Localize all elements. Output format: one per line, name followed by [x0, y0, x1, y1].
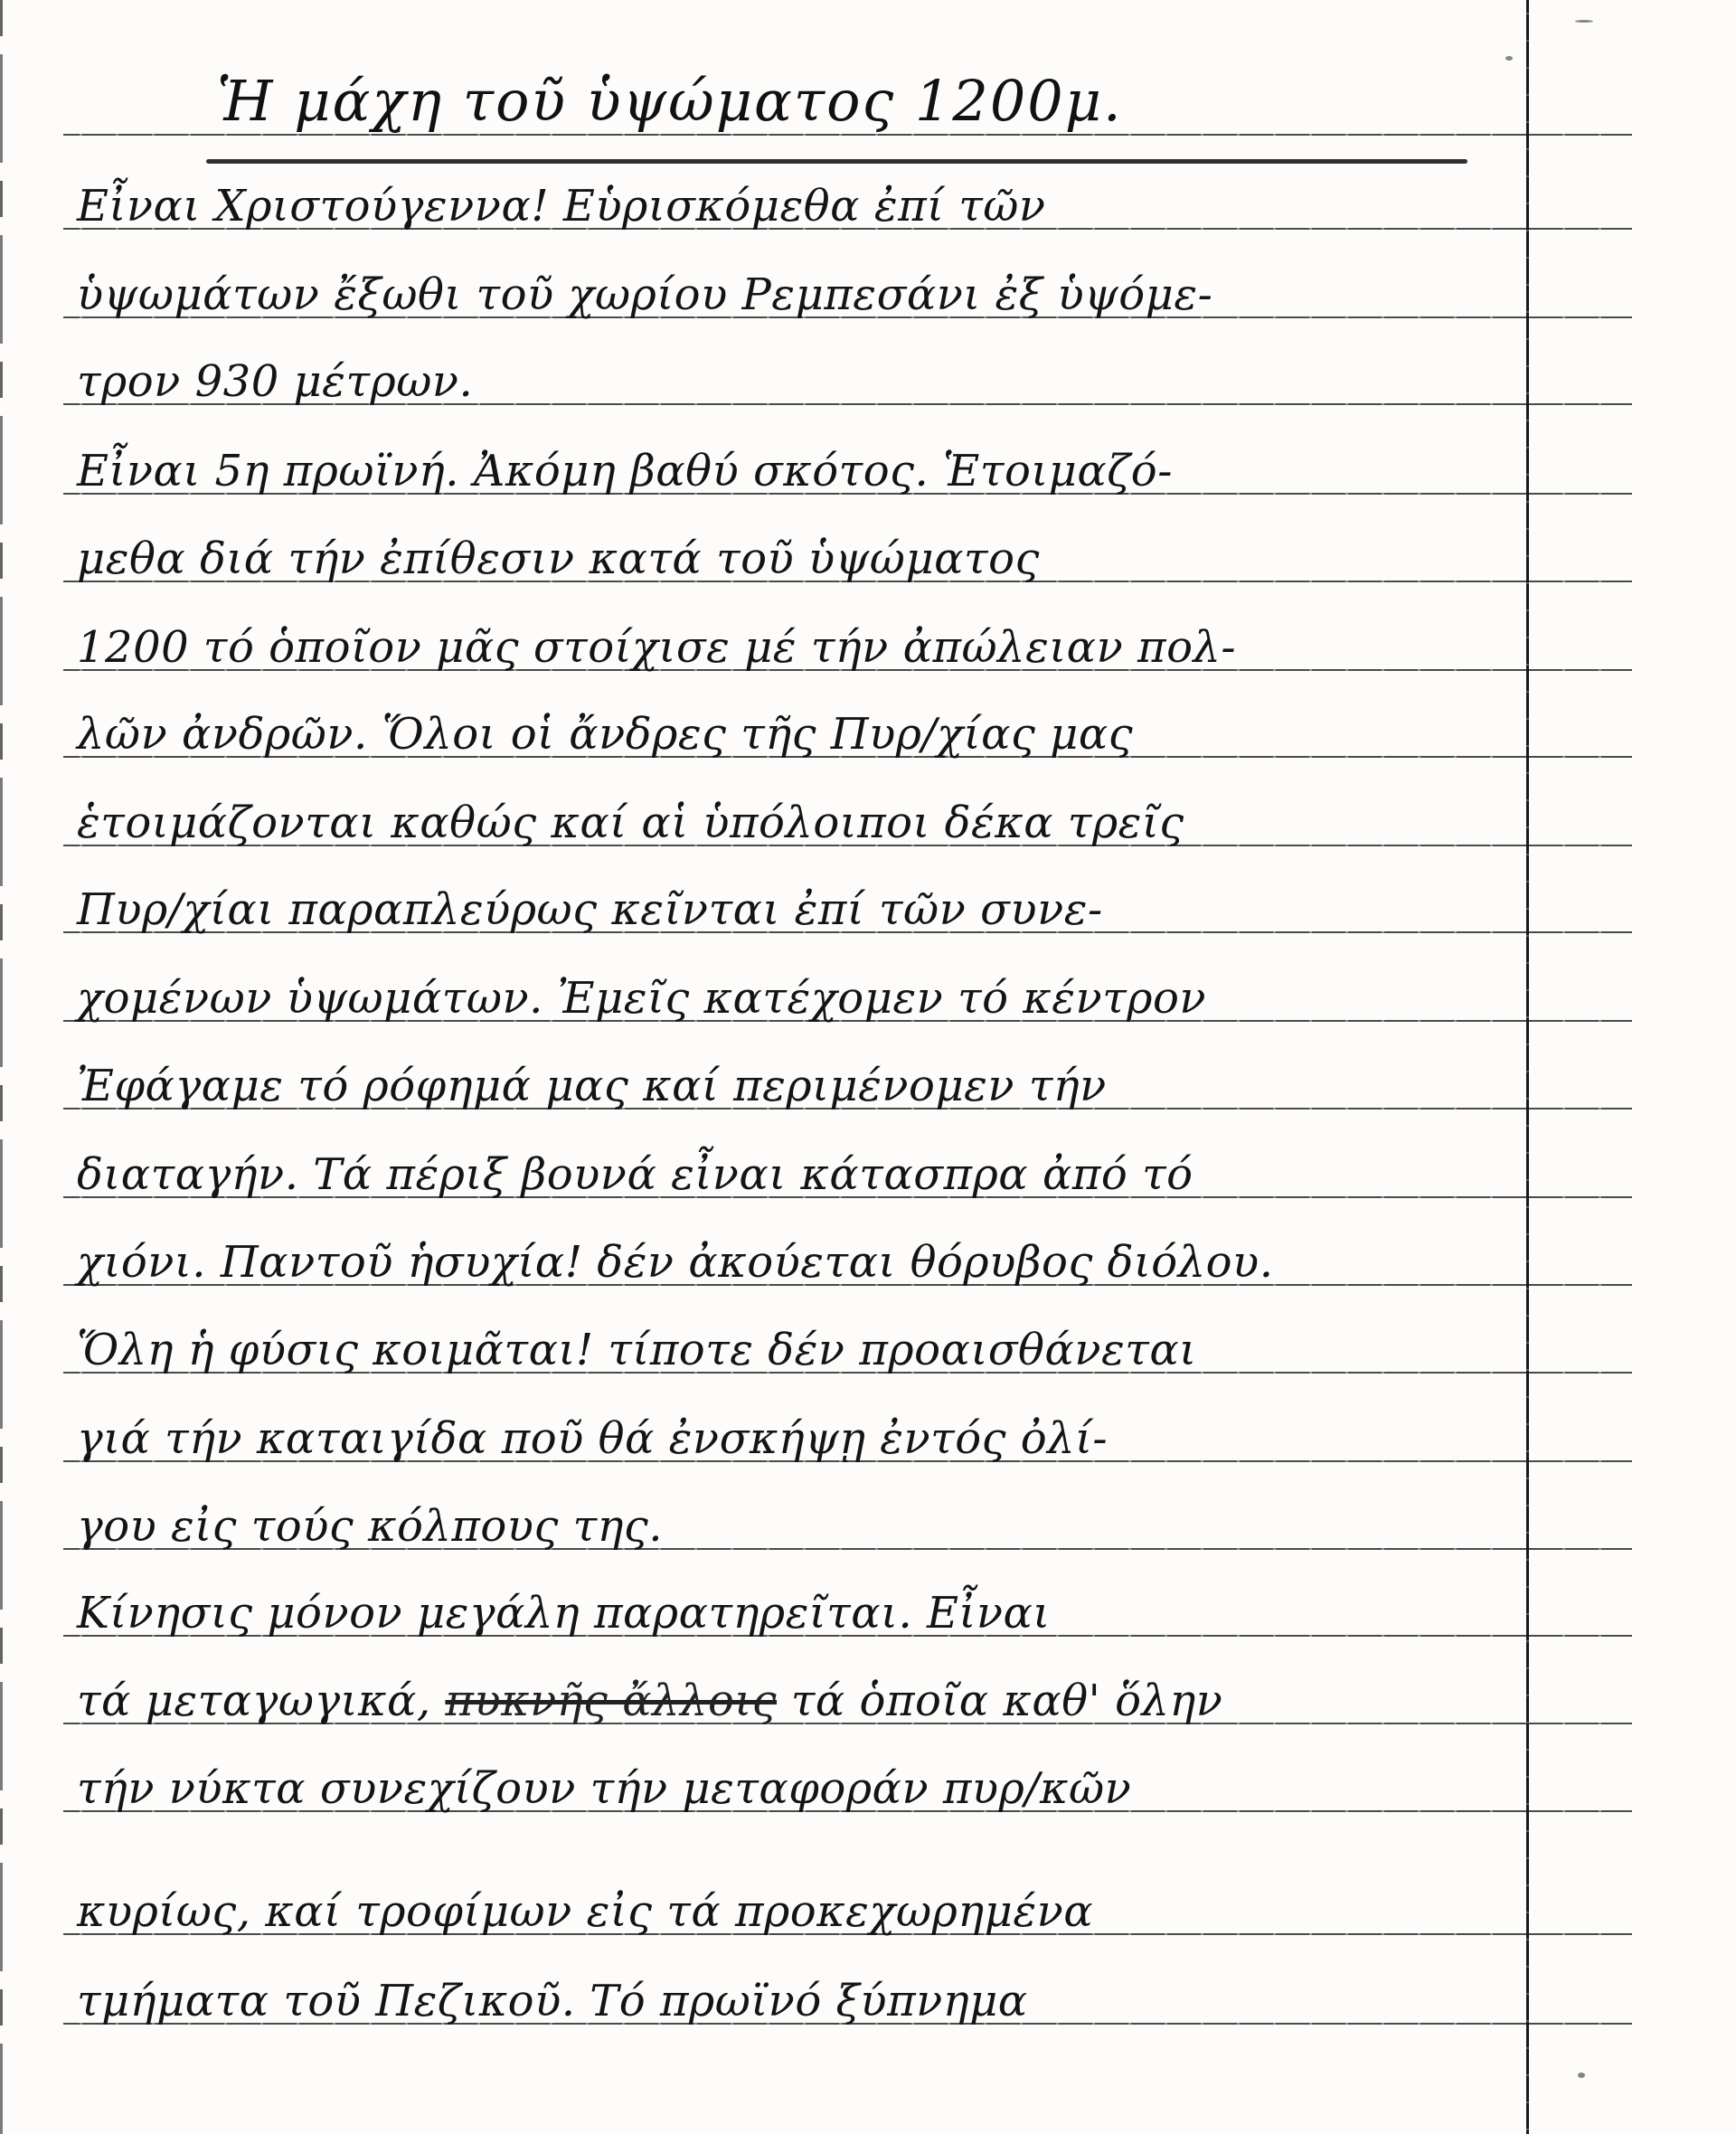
struck-out-text: πυκνῆς ἄλλοις — [445, 1676, 777, 1726]
text-line: κυρίως, καί τροφίμων εἰς τά προκεχωρημέν… — [77, 1884, 1605, 1939]
text-line: ὑψωμάτων ἔξωθι τοῦ χωρίου Ρεμπεσάνι ἐξ ὑ… — [77, 268, 1605, 322]
text-line: τήν νύκτα συνεχίζουν τήν μεταφοράν πυρ/κ… — [77, 1761, 1605, 1816]
text-line: ἑτοιμάζονται καθώς καί αἱ ὑπόλοιποι δέκα… — [77, 796, 1605, 850]
text-line: Εἶναι Χριστούγεννα! Εὑρισκόμεθα ἐπί τῶν — [77, 179, 1605, 233]
text-line: τμήματα τοῦ Πεζικοῦ. Τό πρωϊνό ξύπνημα — [77, 1974, 1605, 2028]
text-line: γου εἰς τούς κόλπους της. — [77, 1499, 1605, 1553]
text-line: λῶν ἀνδρῶν. Ὅλοι οἱ ἄνδρες τῆς Πυρ/χίας … — [77, 707, 1605, 761]
text-line: γιά τήν καταιγίδα ποῦ θά ἐνσκήψῃ ἐντός ὀ… — [77, 1412, 1605, 1466]
scan-speck — [1505, 56, 1513, 61]
text-line: μεθα διά τήν ἐπίθεσιν κατά τοῦ ὑψώματος — [77, 532, 1605, 586]
page-title: Ἡ μάχη τοῦ ὑψώματος 1200μ. — [217, 65, 1501, 137]
text-line: Ἐφάγαμε τό ρόφημά μας καί περιμένομεν τή… — [77, 1059, 1605, 1113]
text-line: διαταγήν. Τά πέριξ βουνά εἶναι κάτασπρα … — [77, 1147, 1605, 1202]
text-line: χομένων ὑψωμάτων. Ἐμεῖς κατέχομεν τό κέν… — [77, 971, 1605, 1025]
text-line: 1200 τό ὁποῖον μᾶς στοίχισε μέ τήν ἀπώλε… — [77, 620, 1605, 675]
page-left-edge — [0, 0, 3, 2134]
notebook-page: Ἡ μάχη τοῦ ὑψώματος 1200μ. Εἶναι Χριστού… — [0, 0, 1736, 2134]
title-underline — [206, 159, 1467, 164]
scan-speck — [1575, 20, 1593, 23]
text-line: Ὅλη ἡ φύσις κοιμᾶται! τίποτε δέν προαισθ… — [77, 1323, 1605, 1377]
text-line: τρον 930 μέτρων. — [77, 354, 1605, 409]
text-line: Πυρ/χίαι παραπλεύρως κεῖνται ἐπί τῶν συν… — [77, 883, 1605, 937]
text-line: Κίνησις μόνον μεγάλη παρατηρεῖται. Εἶναι — [77, 1586, 1605, 1640]
text-line: χιόνι. Παντοῦ ἡσυχία! δέν ἀκούεται θόρυβ… — [77, 1235, 1605, 1289]
text-segment: τά μεταγωγικά, — [77, 1676, 431, 1726]
scan-speck — [1578, 2073, 1585, 2078]
text-segment: τά ὁποῖα καθ' ὅλην — [791, 1676, 1223, 1726]
text-line-with-strikethrough: τά μεταγωγικά, πυκνῆς ἄλλοις τά ὁποῖα κα… — [77, 1674, 1605, 1728]
text-line: Εἶναι 5η πρωϊνή. Ἀκόμη βαθύ σκότος. Ἑτοι… — [77, 444, 1605, 498]
